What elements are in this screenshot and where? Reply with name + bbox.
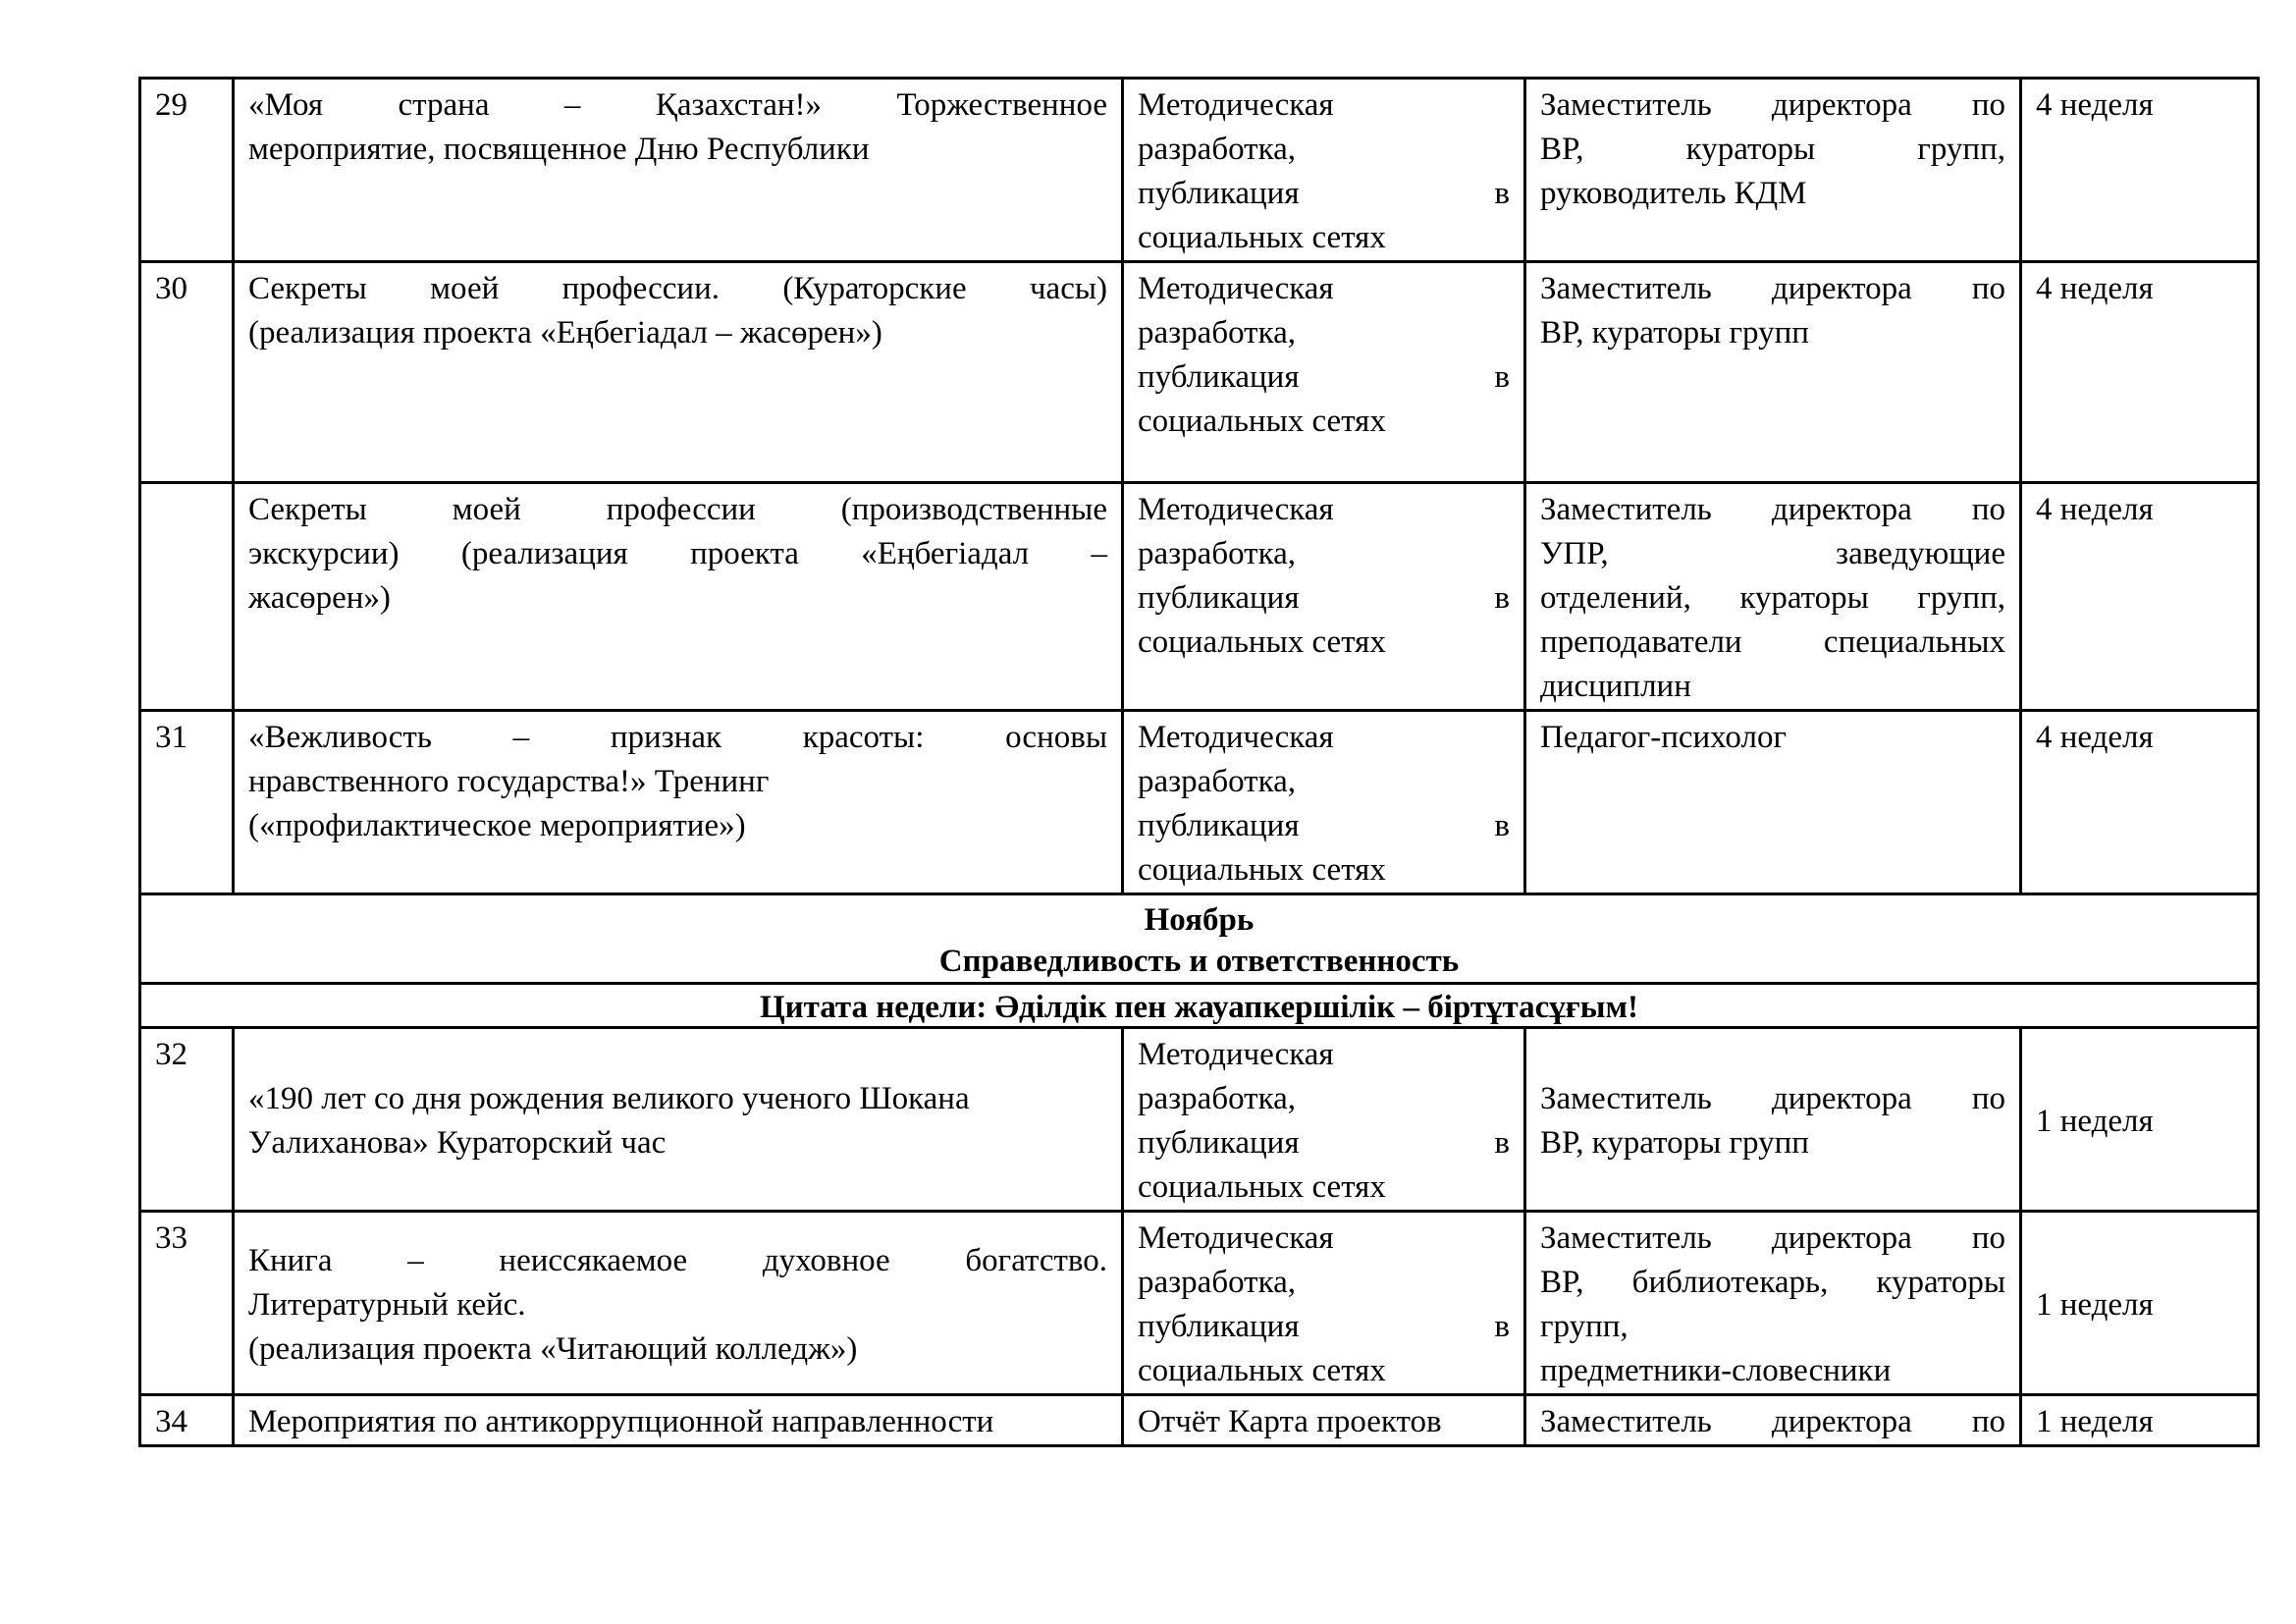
form-word: в [1494, 1305, 1510, 1349]
form-line: публикацияв [1138, 1121, 1510, 1165]
event-line: («профилактическое мероприятие») [248, 804, 1107, 848]
event-cell: Книга – неиссякаемое духовное богатство.… [234, 1212, 1123, 1395]
form-word: публикация [1138, 576, 1300, 621]
deadline-cell: 1 неделя [2021, 1212, 2259, 1395]
form-cell: Методическаяразработка,публикациявсоциал… [1123, 711, 1525, 894]
responsible-line: предметники-словесники [1540, 1349, 2005, 1393]
responsible-line: Педагог-психолог [1540, 716, 2005, 760]
responsible-cell: Заместитель директора поВР, кураторы гру… [1525, 79, 2021, 262]
form-line: социальных сетях [1138, 621, 1510, 665]
responsible-cell: Педагог-психолог [1525, 711, 2021, 894]
form-line: разработка, [1138, 311, 1510, 355]
form-word: в [1494, 1121, 1510, 1165]
responsible-line: Заместитель директора по [1540, 1077, 2005, 1121]
form-cell: Методическаяразработка,публикациявсоциал… [1123, 79, 1525, 262]
event-line: мероприятие, посвященное Дню Республики [248, 128, 1107, 172]
responsible-line: руководитель КДМ [1540, 172, 2005, 216]
table-row: 33Книга – неиссякаемое духовное богатств… [140, 1212, 2259, 1395]
form-line: Методическая [1138, 1217, 1510, 1261]
deadline-cell: 1 неделя [2021, 1028, 2259, 1212]
responsible-line: ВР, кураторы групп [1540, 311, 2005, 355]
responsible-cell: Заместитель директора поВР, библиотекарь… [1525, 1212, 2021, 1395]
event-line: «Вежливость – признак красоты: основы [248, 716, 1107, 760]
table-row: 31«Вежливость – признак красоты: основын… [140, 711, 2259, 894]
row-number [140, 483, 234, 711]
responsible-line: Заместитель директора по [1540, 1400, 2005, 1444]
form-line: разработка, [1138, 128, 1510, 172]
deadline-cell: 4 неделя [2021, 483, 2259, 711]
form-word: публикация [1138, 355, 1300, 400]
form-line: публикацияв [1138, 576, 1510, 621]
responsible-line: ВР, библиотекарь, кураторы [1540, 1261, 2005, 1305]
responsible-line: ВР, кураторы групп [1540, 1121, 2005, 1165]
event-line: «Моя страна – Қазахстан!» Торжественное [248, 83, 1107, 128]
row-number: 32 [140, 1028, 234, 1212]
event-line: (реализация проекта «Еңбегіадал – жасөре… [248, 311, 1107, 355]
event-line: Книга – неиссякаемое духовное богатство. [248, 1239, 1107, 1283]
event-line: нравственного государства!» Тренинг [248, 760, 1107, 804]
event-line: жасөрен») [248, 576, 1107, 621]
event-cell: «190 лет со дня рождения великого ученог… [234, 1028, 1123, 1212]
form-word: публикация [1138, 804, 1300, 848]
responsible-cell: Заместитель директора по [1525, 1395, 2021, 1446]
responsible-line: ВР, кураторы групп, [1540, 128, 2005, 172]
table-row: 34Мероприятия по антикоррупционной напра… [140, 1395, 2259, 1446]
responsible-line: преподаватели специальных [1540, 621, 2005, 665]
responsible-line: Заместитель директора по [1540, 83, 2005, 128]
form-word: в [1494, 355, 1510, 400]
form-word: в [1494, 804, 1510, 848]
event-cell: Секреты моей профессии (производственные… [234, 483, 1123, 711]
form-cell: Методическаяразработка,публикациявсоциал… [1123, 1212, 1525, 1395]
row-number: 30 [140, 262, 234, 483]
event-cell: «Моя страна – Қазахстан!» Торжественноем… [234, 79, 1123, 262]
row-number: 34 [140, 1395, 234, 1446]
event-cell: Секреты моей профессии. (Кураторские час… [234, 262, 1123, 483]
form-line: Методическая [1138, 488, 1510, 532]
form-line: разработка, [1138, 1261, 1510, 1305]
form-cell: Методическаяразработка,публикациявсоциал… [1123, 262, 1525, 483]
form-line: Методическая [1138, 1033, 1510, 1077]
responsible-line: Заместитель директора по [1540, 488, 2005, 532]
form-line: публикацияв [1138, 172, 1510, 216]
form-word: в [1494, 576, 1510, 621]
responsible-line: дисциплин [1540, 665, 2005, 709]
form-line: публикацияв [1138, 355, 1510, 400]
form-cell: Методическаяразработка,публикациявсоциал… [1123, 483, 1525, 711]
event-line: Уалиханова» Кураторский час [248, 1121, 1107, 1165]
form-line: социальных сетях [1138, 1349, 1510, 1393]
form-line: разработка, [1138, 760, 1510, 804]
event-line: экскурсии) (реализация проекта «Еңбегіад… [248, 532, 1107, 576]
row-number: 29 [140, 79, 234, 262]
responsible-cell: Заместитель директора поВР, кураторы гру… [1525, 262, 2021, 483]
month-theme: Справедливость и ответственность [155, 941, 2243, 982]
event-cell: Мероприятия по антикоррупционной направл… [234, 1395, 1123, 1446]
form-line: Методическая [1138, 267, 1510, 311]
form-cell: Методическаяразработка,публикациявсоциал… [1123, 1028, 1525, 1212]
form-word: в [1494, 172, 1510, 216]
table-row: 30Секреты моей профессии. (Кураторские ч… [140, 262, 2259, 483]
responsible-line: отделений, кураторы групп, [1540, 576, 2005, 621]
responsible-line: Заместитель директора по [1540, 1217, 2005, 1261]
event-line: Секреты моей профессии. (Кураторские час… [248, 267, 1107, 311]
form-line: публикацияв [1138, 804, 1510, 848]
form-word: публикация [1138, 1121, 1300, 1165]
event-line: (реализация проекта «Читающий колледж») [248, 1327, 1107, 1372]
form-line: публикацияв [1138, 1305, 1510, 1349]
month-header-row: Ноябрь Справедливость и ответственность [140, 894, 2259, 984]
event-line: Секреты моей профессии (производственные [248, 488, 1107, 532]
table-row: Секреты моей профессии (производственные… [140, 483, 2259, 711]
responsible-line: УПР, заведующие [1540, 532, 2005, 576]
table-row: 32«190 лет со дня рождения великого учен… [140, 1028, 2259, 1212]
form-line: Методическая [1138, 716, 1510, 760]
quote-row: Цитата недели: Әділдік пен жауапкершілік… [140, 984, 2259, 1028]
responsible-cell: Заместитель директора поУПР, заведующиео… [1525, 483, 2021, 711]
document-page: 29«Моя страна – Қазахстан!» Торжественно… [0, 0, 2296, 1624]
row-number: 31 [140, 711, 234, 894]
form-cell: Отчёт Карта проектов [1123, 1395, 1525, 1446]
form-line: социальных сетях [1138, 848, 1510, 893]
form-line: Методическая [1138, 83, 1510, 128]
responsible-cell: Заместитель директора поВР, кураторы гру… [1525, 1028, 2021, 1212]
table-row: 29«Моя страна – Қазахстан!» Торжественно… [140, 79, 2259, 262]
form-line: разработка, [1138, 532, 1510, 576]
quote-of-week: Цитата недели: Әділдік пен жауапкершілік… [760, 990, 1638, 1025]
event-line: «190 лет со дня рождения великого ученог… [248, 1077, 1107, 1121]
form-line: социальных сетях [1138, 1165, 1510, 1210]
event-cell: «Вежливость – признак красоты: основынра… [234, 711, 1123, 894]
responsible-line: групп, [1540, 1305, 2005, 1349]
row-number: 33 [140, 1212, 234, 1395]
event-plan-table: 29«Моя страна – Қазахстан!» Торжественно… [138, 77, 2260, 1447]
deadline-cell: 4 неделя [2021, 711, 2259, 894]
responsible-line: Заместитель директора по [1540, 267, 2005, 311]
form-line: разработка, [1138, 1077, 1510, 1121]
deadline-cell: 4 неделя [2021, 262, 2259, 483]
month-title: Ноябрь [155, 899, 2243, 941]
form-line: социальных сетях [1138, 216, 1510, 260]
form-word: публикация [1138, 1305, 1300, 1349]
form-word: публикация [1138, 172, 1300, 216]
deadline-cell: 4 неделя [2021, 79, 2259, 262]
deadline-cell: 1 неделя [2021, 1395, 2259, 1446]
event-line: Литературный кейс. [248, 1283, 1107, 1327]
form-line: социальных сетях [1138, 400, 1510, 444]
